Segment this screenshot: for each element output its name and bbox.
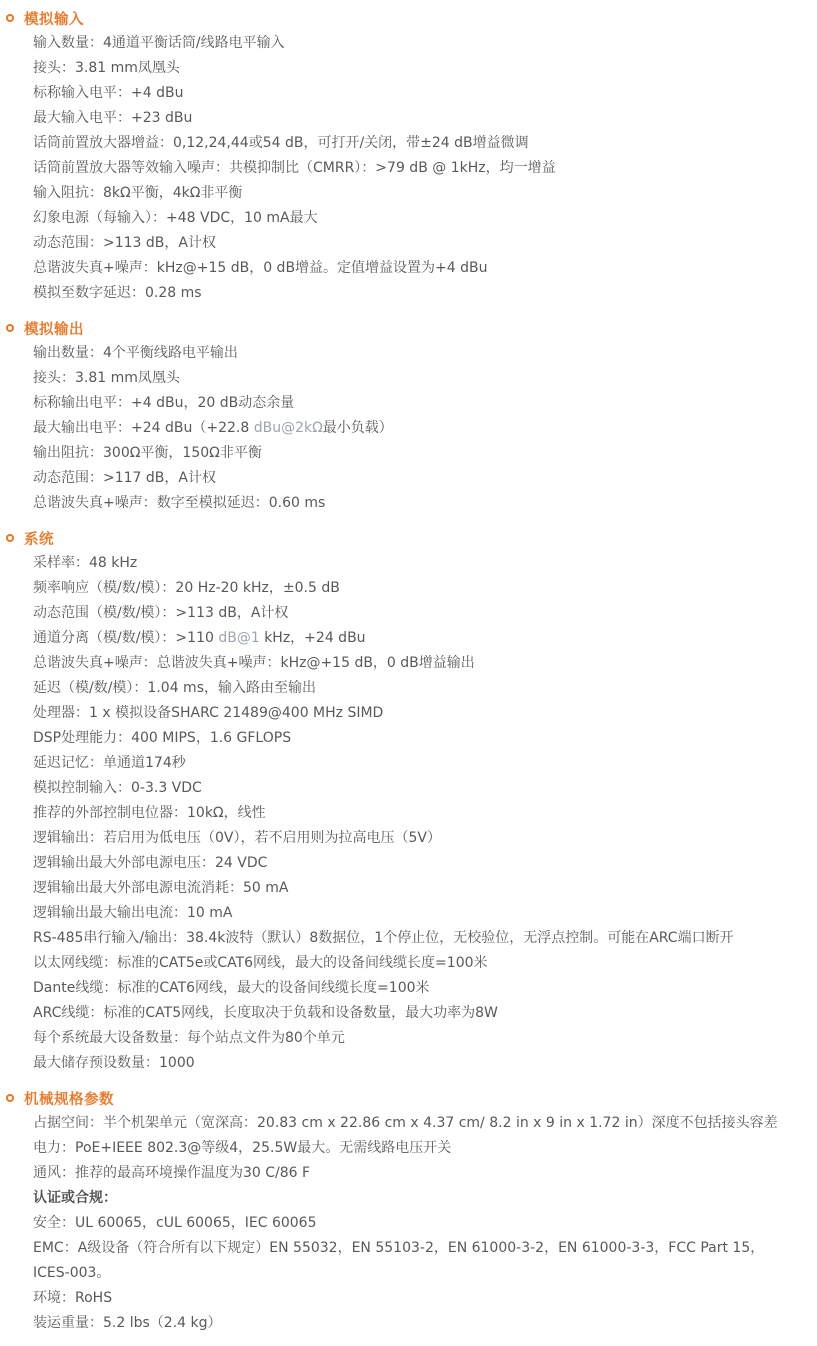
spec-line: DSP处理能力：400 MIPS，1.6 GFLOPS: [0, 726, 799, 751]
spec-text-segment: 动态范围：>117 dB，A计权: [33, 470, 216, 486]
spec-line: 认证或合规：: [0, 1186, 799, 1211]
spec-text-segment: 接头：3.81 mm凤凰头: [33, 60, 180, 76]
spec-line: 动态范围：>117 dB，A计权: [0, 466, 799, 491]
spec-text-segment: 逻辑输出最大输出电流：10 mA: [33, 905, 232, 921]
spec-text-segment: 话筒前置放大器等效输入噪声：共模抑制比（CMRR）：>79 dB @ 1kHz，…: [33, 160, 556, 176]
spec-text-segment: 最大输入电平：+23 dBu: [33, 110, 192, 126]
spec-line: EMC：A级设备（符合所有以下规定）EN 55032，EN 55103-2，EN…: [0, 1236, 799, 1286]
spec-text-segment: 最大输出电平：+24 dBu（+22.8: [33, 420, 254, 436]
spec-text-segment: 采样率：48 kHz: [33, 555, 137, 571]
spec-text-segment: 逻辑输出最大外部电源电压：24 VDC: [33, 855, 267, 871]
spec-line: 推荐的外部控制电位器：10kΩ，线性: [0, 801, 799, 826]
spec-line: 逻辑输出最大外部电源电压：24 VDC: [0, 851, 799, 876]
circle-bullet-icon: [6, 1094, 14, 1102]
spec-line: 装运重量：5.2 lbs（2.4 kg）: [0, 1311, 799, 1336]
spec-line: RS-485串行输入/输出：38.4k波特（默认）8数据位，1个停止位，无校验位…: [0, 926, 799, 951]
spec-line: 最大输入电平：+23 dBu: [0, 106, 799, 131]
spec-text-segment: dBu@2kΩ: [254, 420, 323, 436]
spec-text-segment: 装运重量：5.2 lbs（2.4 kg）: [33, 1315, 222, 1331]
spec-text-segment: Dante线缆：标准的CAT6网线，最大的设备间线缆长度=100米: [33, 980, 430, 996]
section-heading: 机械规格参数: [0, 1086, 799, 1111]
spec-line: 幻象电源（每输入）：+48 VDC，10 mA最大: [0, 206, 799, 231]
spec-text-segment: 标称输入电平：+4 dBu: [33, 85, 183, 101]
spec-line: 输出阻抗：300Ω平衡，150Ω非平衡: [0, 441, 799, 466]
spec-text-segment: 总谐波失真+噪声：总谐波失真+噪声：kHz@+15 dB，0 dB增益输出: [33, 655, 475, 671]
spec-text-segment: 总谐波失真+噪声：数字至模拟延迟：0.60 ms: [33, 495, 325, 511]
spec-line: 频率响应（模/数/模）：20 Hz-20 kHz，±0.5 dB: [0, 576, 799, 601]
section-title: 模拟输出: [24, 318, 84, 339]
spec-text-segment: 动态范围：>113 dB，A计权: [33, 235, 216, 251]
spec-line: 话筒前置放大器等效输入噪声：共模抑制比（CMRR）：>79 dB @ 1kHz，…: [0, 156, 799, 181]
section-heading: 模拟输出: [0, 316, 799, 341]
spec-line: 动态范围：>113 dB，A计权: [0, 231, 799, 256]
spec-line: 最大储存预设数量：1000: [0, 1051, 799, 1076]
spec-text-segment: 以太网线缆：标准的CAT5e或CAT6网线，最大的设备间线缆长度=100米: [33, 955, 488, 971]
spec-text-segment: 逻辑输出最大外部电源电流消耗：50 mA: [33, 880, 288, 896]
spec-text-segment: 延迟（模/数/模）：1.04 ms，输入路由至输出: [33, 680, 316, 696]
spec-section: 机械规格参数占据空间：半个机架单元（宽深高：20.83 cm x 22.86 c…: [0, 1086, 799, 1336]
spec-text-segment: 延迟记忆：单通道174秒: [33, 755, 186, 771]
spec-line: 逻辑输出最大输出电流：10 mA: [0, 901, 799, 926]
spec-line: 接头：3.81 mm凤凰头: [0, 366, 799, 391]
section-title: 系统: [24, 528, 54, 549]
spec-text-segment: 接头：3.81 mm凤凰头: [33, 370, 180, 386]
spec-line: 标称输入电平：+4 dBu: [0, 81, 799, 106]
spec-line: 总谐波失真+噪声：总谐波失真+噪声：kHz@+15 dB，0 dB增益输出: [0, 651, 799, 676]
spec-text-segment: 话筒前置放大器增益：0,12,24,44或54 dB，可打开/关闭，带±24 d…: [33, 135, 529, 151]
spec-section: 系统采样率：48 kHz频率响应（模/数/模）：20 Hz-20 kHz，±0.…: [0, 526, 799, 1076]
spec-text-segment: 输出阻抗：300Ω平衡，150Ω非平衡: [33, 445, 262, 461]
spec-line: 输出数量：4个平衡线路电平输出: [0, 341, 799, 366]
spec-text-segment: 输出数量：4个平衡线路电平输出: [33, 345, 238, 361]
spec-text-segment: 逻辑输出：若启用为低电压（0V），若不启用则为拉高电压（5V）: [33, 830, 441, 846]
circle-bullet-icon: [6, 324, 14, 332]
spec-text-segment: 认证或合规：: [33, 1190, 117, 1206]
spec-section: 模拟输出输出数量：4个平衡线路电平输出接头：3.81 mm凤凰头标称输出电平：+…: [0, 316, 799, 516]
spec-line: 通道分离（模/数/模）：>110 dB@1 kHz，+24 dBu: [0, 626, 799, 651]
spec-line: 环境：RoHS: [0, 1286, 799, 1311]
spec-line: 通风：推荐的最高环境操作温度为30 C/86 F: [0, 1161, 799, 1186]
spec-text-segment: 最小负载）: [323, 420, 393, 436]
spec-text-segment: DSP处理能力：400 MIPS，1.6 GFLOPS: [33, 730, 291, 746]
spec-text-segment: ARC线缆：标准的CAT5网线，长度取决于负载和设备数量，最大功率为8W: [33, 1005, 498, 1021]
spec-line: 采样率：48 kHz: [0, 551, 799, 576]
spec-text-segment: 频率响应（模/数/模）：20 Hz-20 kHz，±0.5 dB: [33, 580, 340, 596]
spec-text-segment: kHz，+24 dBu: [260, 630, 366, 646]
spec-line: 模拟至数字延迟：0.28 ms: [0, 281, 799, 306]
spec-text-segment: 推荐的外部控制电位器：10kΩ，线性: [33, 805, 266, 821]
section-title: 模拟输入: [24, 8, 84, 29]
spec-line: 占据空间：半个机架单元（宽深高：20.83 cm x 22.86 cm x 4.…: [0, 1111, 799, 1136]
circle-bullet-icon: [6, 534, 14, 542]
spec-text-segment: RS-485串行输入/输出：38.4k波特（默认）8数据位，1个停止位，无校验位…: [33, 930, 734, 946]
spec-line: 动态范围（模/数/模）：>113 dB，A计权: [0, 601, 799, 626]
spec-line: 每个系统最大设备数量：每个站点文件为80个单元: [0, 1026, 799, 1051]
spec-text-segment: 总谐波失真+噪声：kHz@+15 dB，0 dB增益。定值增益设置为+4 dBu: [33, 260, 488, 276]
spec-text-segment: 环境：RoHS: [33, 1290, 112, 1306]
section-heading: 模拟输入: [0, 6, 799, 31]
spec-text-segment: 模拟至数字延迟：0.28 ms: [33, 285, 202, 301]
spec-text-segment: 占据空间：半个机架单元（宽深高：20.83 cm x 22.86 cm x 4.…: [33, 1115, 778, 1131]
spec-line: Dante线缆：标准的CAT6网线，最大的设备间线缆长度=100米: [0, 976, 799, 1001]
spec-text-segment: 处理器：1 x 模拟设备SHARC 21489@400 MHz SIMD: [33, 705, 383, 721]
spec-text-segment: 通风：推荐的最高环境操作温度为30 C/86 F: [33, 1165, 310, 1181]
spec-line: 延迟记忆：单通道174秒: [0, 751, 799, 776]
spec-text-segment: 通道分离（模/数/模）：>110: [33, 630, 218, 646]
spec-text-segment: 输入阻抗：8kΩ平衡，4kΩ非平衡: [33, 185, 242, 201]
spec-text-segment: 模拟控制输入：0-3.3 VDC: [33, 780, 202, 796]
spec-text-segment: dB@1: [218, 630, 259, 646]
spec-line: 输入阻抗：8kΩ平衡，4kΩ非平衡: [0, 181, 799, 206]
spec-line: 电力：PoE+IEEE 802.3@等级4，25.5W最大。无需线路电压开关: [0, 1136, 799, 1161]
spec-line: 输入数量：4通道平衡话筒/线路电平输入: [0, 31, 799, 56]
spec-line: 模拟控制输入：0-3.3 VDC: [0, 776, 799, 801]
spec-section: 模拟输入输入数量：4通道平衡话筒/线路电平输入接头：3.81 mm凤凰头标称输入…: [0, 6, 799, 306]
spec-text-segment: 安全：UL 60065，cUL 60065，IEC 60065: [33, 1215, 317, 1231]
spec-text-segment: 输入数量：4通道平衡话筒/线路电平输入: [33, 35, 285, 51]
spec-line: 话筒前置放大器增益：0,12,24,44或54 dB，可打开/关闭，带±24 d…: [0, 131, 799, 156]
spec-line: 标称输出电平：+4 dBu，20 dB动态余量: [0, 391, 799, 416]
spec-text-segment: 最大储存预设数量：1000: [33, 1055, 195, 1071]
spec-line: 接头：3.81 mm凤凰头: [0, 56, 799, 81]
spec-text-segment: 标称输出电平：+4 dBu，20 dB动态余量: [33, 395, 294, 411]
spec-line: 安全：UL 60065，cUL 60065，IEC 60065: [0, 1211, 799, 1236]
spec-text-segment: 动态范围（模/数/模）：>113 dB，A计权: [33, 605, 288, 621]
spec-line: 处理器：1 x 模拟设备SHARC 21489@400 MHz SIMD: [0, 701, 799, 726]
spec-line: 逻辑输出：若启用为低电压（0V），若不启用则为拉高电压（5V）: [0, 826, 799, 851]
spec-line: 总谐波失真+噪声：数字至模拟延迟：0.60 ms: [0, 491, 799, 516]
spec-text-segment: 每个系统最大设备数量：每个站点文件为80个单元: [33, 1030, 345, 1046]
spec-line: 延迟（模/数/模）：1.04 ms，输入路由至输出: [0, 676, 799, 701]
spec-line: ARC线缆：标准的CAT5网线，长度取决于负载和设备数量，最大功率为8W: [0, 1001, 799, 1026]
section-title: 机械规格参数: [24, 1088, 114, 1109]
spec-line: 以太网线缆：标准的CAT5e或CAT6网线，最大的设备间线缆长度=100米: [0, 951, 799, 976]
spec-line: 逻辑输出最大外部电源电流消耗：50 mA: [0, 876, 799, 901]
spec-line: 最大输出电平：+24 dBu（+22.8 dBu@2kΩ最小负载）: [0, 416, 799, 441]
circle-bullet-icon: [6, 14, 14, 22]
section-heading: 系统: [0, 526, 799, 551]
spec-line: 总谐波失真+噪声：kHz@+15 dB，0 dB增益。定值增益设置为+4 dBu: [0, 256, 799, 281]
spec-document: 模拟输入输入数量：4通道平衡话筒/线路电平输入接头：3.81 mm凤凰头标称输入…: [0, 0, 817, 1346]
spec-text-segment: EMC：A级设备（符合所有以下规定）EN 55032，EN 55103-2，EN…: [33, 1240, 764, 1281]
spec-text-segment: 电力：PoE+IEEE 802.3@等级4，25.5W最大。无需线路电压开关: [33, 1140, 451, 1156]
spec-text-segment: 幻象电源（每输入）：+48 VDC，10 mA最大: [33, 210, 318, 226]
